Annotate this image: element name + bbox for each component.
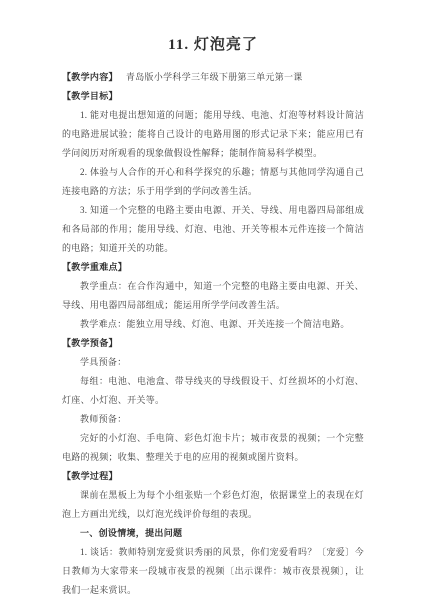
- process-intro-paragraph: 课前在黑板上为每个小组张贴一个彩色灯泡，依据课堂上的表现在灯泡上方画出光线，以灯…: [62, 486, 364, 524]
- objective-item-2: 2. 体验与人合作的开心和科学探究的乐趣；情愿与其他同学沟通自己连接电路的方法；…: [62, 163, 364, 201]
- teacher-prep-paragraph: 完好的小灯泡、手电筒、彩色灯泡卡片；城市夜景的视频；一个完整电路的视频；收集、整…: [62, 429, 364, 467]
- process-heading: 【教学过程】: [62, 467, 364, 486]
- key-points-heading: 【教学重难点】: [62, 258, 364, 277]
- key-point-paragraph: 教学重点：在合作沟通中，知道一个完整的电路主要由电源、开关、导线、用电器四局部组…: [62, 277, 364, 315]
- difficult-point-paragraph: 教学难点：能独立用导线、灯泡、电源、开关连接一个简洁电路。: [62, 315, 364, 334]
- objective-item-1: 1. 能对电提出想知道的问题；能用导线、电池、灯泡等材料设计简洁的电路进展试验；…: [62, 106, 364, 163]
- objective-item-3: 3. 知道一个完整的电路主要由电源、开关、导线、用电器四局部组成和各局部的作用；…: [62, 201, 364, 258]
- student-prep-paragraph: 每组：电池、电池盒、带导线夹的导线假设干、灯丝损坏的小灯泡、灯座、小灯泡、开关等…: [62, 372, 364, 410]
- teaching-content-label: 【教学内容】: [62, 72, 118, 82]
- section-one-paragraph: 1. 谈话：教师特别宠爱赏识秀丽的风景，你们宠爱看吗？〔宠爱〕今日教师为大家带来…: [62, 543, 364, 600]
- preparation-heading: 【教学预备】: [62, 334, 364, 353]
- teaching-content-line: 【教学内容】青岛版小学科学三年级下册第三单元第一课: [62, 68, 364, 87]
- teacher-prep-label: 教师预备：: [62, 410, 364, 429]
- document-title: 11. 灯泡亮了: [62, 34, 364, 56]
- document-page: 11. 灯泡亮了 【教学内容】青岛版小学科学三年级下册第三单元第一课 【教学目标…: [0, 0, 424, 600]
- student-prep-label: 学具预备：: [62, 353, 364, 372]
- section-one-heading: 一、创设情境，提出问题: [62, 524, 364, 543]
- objectives-heading: 【教学目标】: [62, 87, 364, 106]
- teaching-content-text: 青岛版小学科学三年级下册第三单元第一课: [126, 72, 303, 82]
